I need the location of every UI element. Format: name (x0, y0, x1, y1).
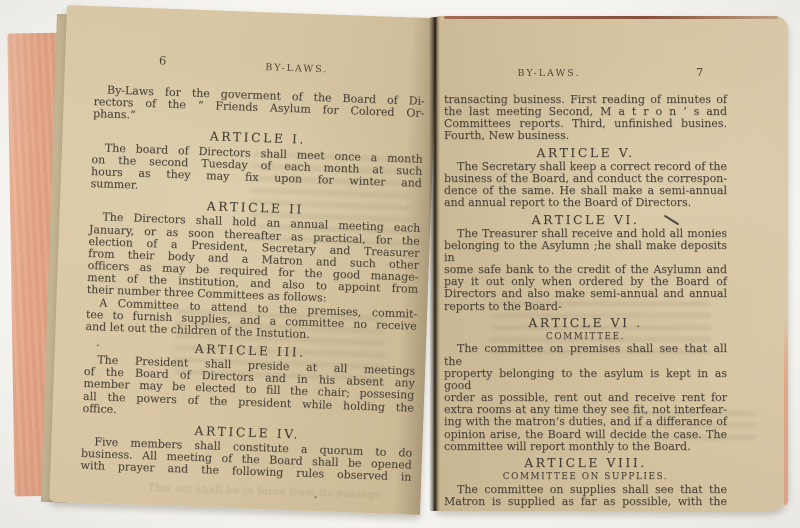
book-spine-shadow (429, 17, 440, 511)
article-heading: ARTICLE VIII. (444, 457, 727, 469)
dust-speck (97, 344, 99, 346)
running-header-row: BY-LAWS. 7 (444, 68, 727, 82)
text-column: By-Laws for the goverment of the Board o… (80, 84, 425, 484)
paragraph-line: Directors and also make semi-annual and … (444, 288, 727, 300)
paragraph-line: The Treasurer shall receive and hold all… (444, 228, 727, 240)
page-number: 7 (696, 65, 703, 79)
bleedthrough-patch (491, 301, 711, 361)
paragraph-line: Matron is supplied as far as possible, w… (444, 496, 727, 508)
paragraph-line: and annual report to the Board of Direct… (444, 197, 727, 209)
page-number: 6 (159, 53, 167, 67)
running-header-row: 6 BY-LAWS. (95, 56, 427, 82)
right-page: BY-LAWS. 7 transacting business. First r… (436, 16, 788, 511)
paragraph-line: property belonging to the asylum is kept… (444, 368, 727, 392)
dust-speck (315, 496, 317, 498)
article-heading: ARTICLE V. (444, 147, 727, 159)
running-header: BY-LAWS. (518, 68, 581, 79)
paragraph-line: committee will report monthly to the Boa… (444, 441, 727, 453)
left-page: 6 BY-LAWS. By-Laws for the goverment of … (49, 5, 438, 515)
article-heading: ARTICLE VI. (444, 214, 727, 226)
paragraph-line: Fourth, New business. (444, 130, 727, 142)
bleedthrough-text: This act shall be in force from its pass… (145, 483, 385, 501)
committee-subheading: COMMITTEE ON SUPPLIES. (444, 471, 727, 483)
bleedthrough-patch (249, 152, 412, 248)
paragraph-line: belonging to the Asylumn ;he shall make … (444, 240, 727, 264)
book-scan: 6 BY-LAWS. By-Laws for the goverment of … (0, 0, 800, 528)
bleedthrough-patch (174, 309, 386, 386)
bleedthrough-patch (626, 411, 756, 441)
running-header: BY-LAWS. (265, 62, 328, 75)
